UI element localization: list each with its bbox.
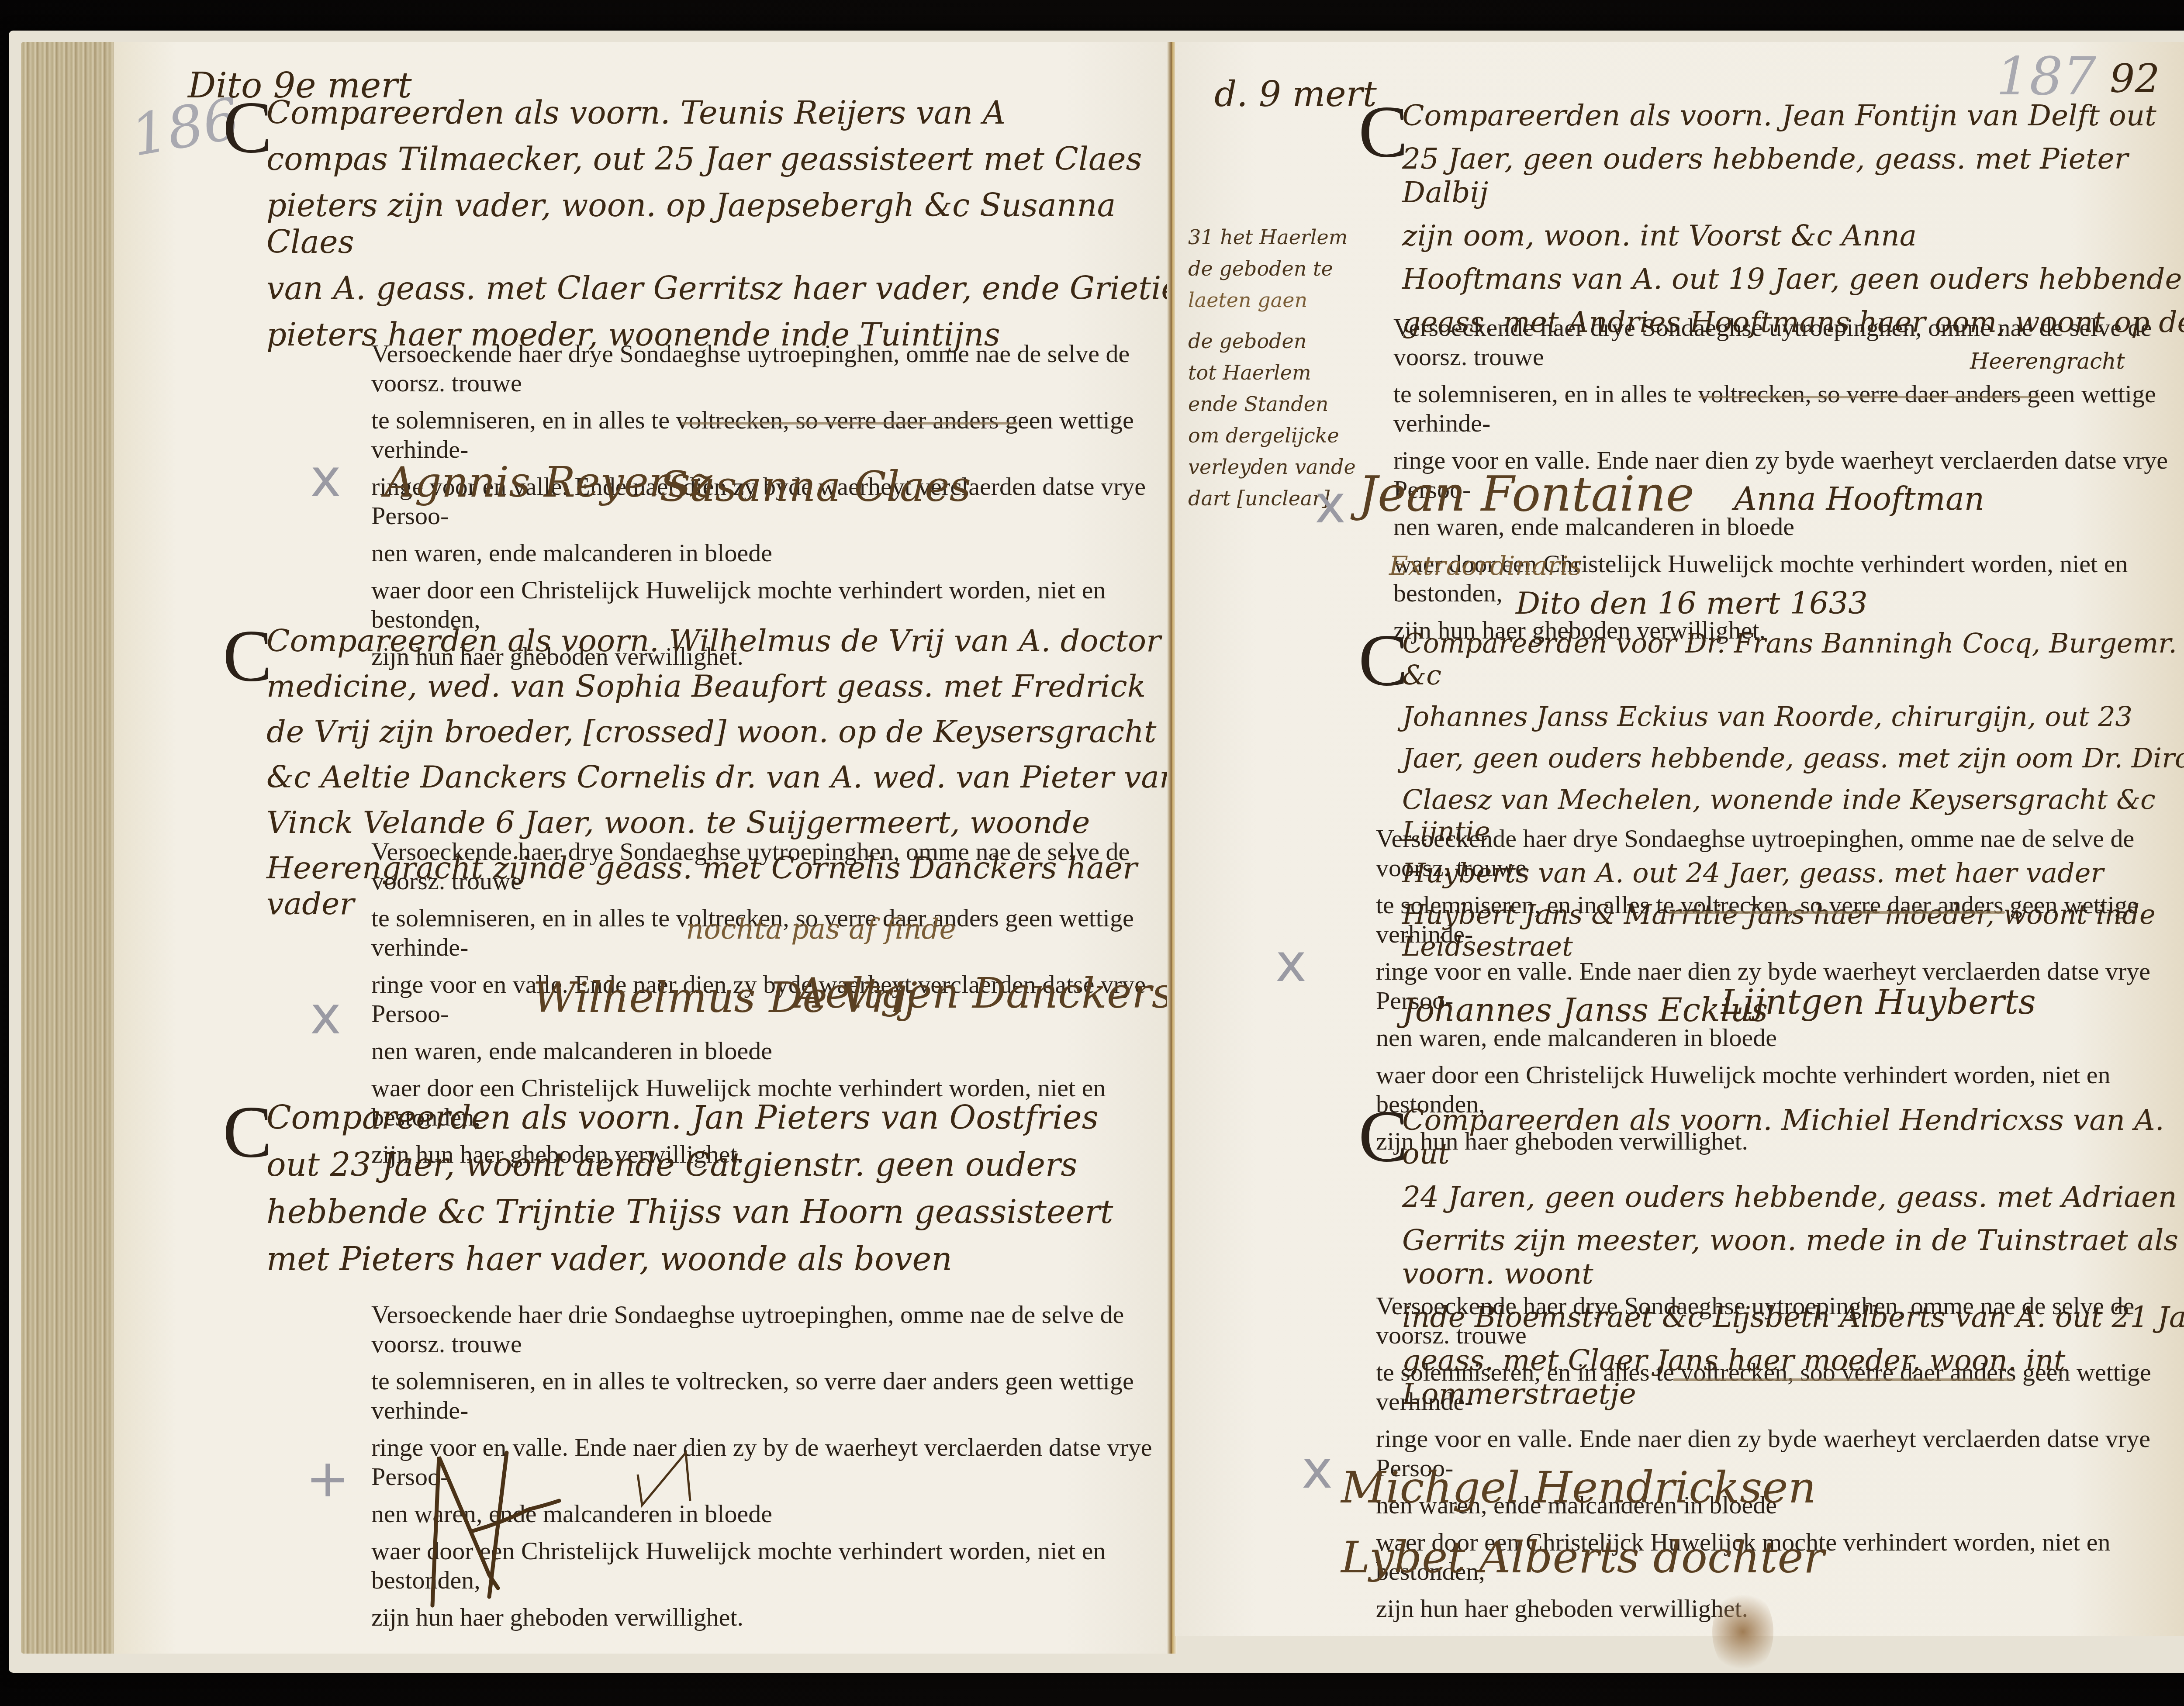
drop-cap: C (1358, 1099, 1408, 1173)
signature-mark-groom (415, 1431, 572, 1614)
right-page: d. 9 mert 187 92 31 het Haerlem de gebod… (1175, 42, 2184, 1636)
margin-mark: x (1302, 1444, 1333, 1496)
margin-mark: x (310, 990, 341, 1042)
signature-mark-bride (629, 1440, 716, 1527)
blank-line-fill (1699, 396, 2040, 398)
pencil-folio-number: 187 (1996, 51, 2096, 103)
left-page: 186 Dito 9e mert C Compareerden als voor… (114, 42, 1171, 1654)
signature-bride: Lybet Alberts dochter (1341, 1536, 1825, 1579)
entry-handwritten-text: Compareerden als voorn. Teunis Reijers v… (266, 94, 1197, 353)
signature-groom: Jean Fontaine (1358, 470, 1694, 518)
margin-mark: x (1315, 479, 1346, 531)
extraordinaris-label: Extraordinaris (1389, 553, 1582, 579)
drop-cap: C (223, 90, 272, 164)
signature-groom: Michgel Hendricksen (1341, 1466, 1816, 1509)
inserted-annotation: nochta pas af finde (686, 915, 956, 943)
blank-line-fill (1669, 911, 2005, 914)
signature-bride: Lijntgen Huyberts (1721, 985, 2036, 1019)
signature-bride: Susanna Claes (660, 466, 971, 508)
ink-stain (1712, 1588, 1773, 1675)
margin-mark: x (1275, 937, 1306, 990)
signature-bride: Anna Hooftman (1734, 483, 1984, 515)
blank-line-fill (681, 422, 1018, 425)
ink-folio-number: 92 (2110, 59, 2160, 99)
margin-mark: x (310, 452, 341, 505)
blank-line-fill (1673, 1378, 2014, 1381)
register-entry-3: C Compareerden als voorn. Jan Pieters va… (240, 1099, 1087, 1288)
left-page-block-edges (21, 42, 121, 1654)
entry-handwritten-text: Compareerden als voorn. Jan Pieters van … (266, 1099, 1113, 1278)
entry-date-heading: Dito den 16 mert 1633 (1516, 588, 1868, 618)
margin-mark: + (306, 1453, 350, 1505)
register-entry-1: C Compareerden als voorn. Teunis Reijers… (240, 94, 1171, 363)
signature-groom: Johannes Janss Eckius (1402, 994, 1768, 1026)
drop-cap: C (223, 618, 272, 693)
date-heading: d. 9 mert (1214, 77, 1377, 112)
signature-bride: Aeltgen Danckers (795, 972, 1173, 1014)
drop-cap: C (1358, 623, 1408, 697)
drop-cap: C (1358, 94, 1408, 169)
drop-cap: C (223, 1095, 272, 1169)
